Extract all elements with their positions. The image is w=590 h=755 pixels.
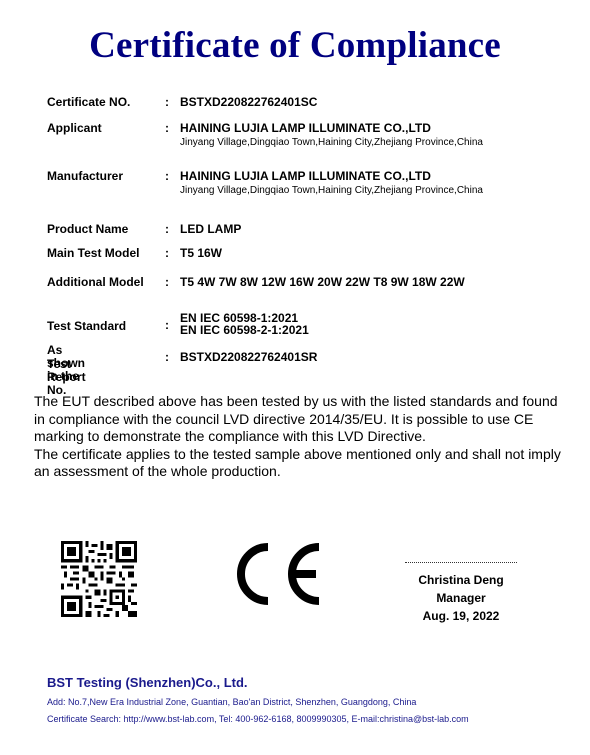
manufacturer-value: HAINING LUJIA LAMP ILLUMINATE CO.,LTD bbox=[180, 169, 431, 183]
signatory-name: Christina Deng bbox=[402, 571, 520, 589]
issuer-contact[interactable]: Certificate Search: http://www.bst-lab.c… bbox=[47, 714, 469, 724]
additional-model-label: Additional Model bbox=[47, 275, 167, 289]
separator: : bbox=[165, 275, 169, 289]
test-report-label-line2: Test Report No. bbox=[47, 358, 86, 397]
signature-date: Aug. 19, 2022 bbox=[402, 607, 520, 625]
issuer-address: Add: No.7,New Era Industrial Zone, Guant… bbox=[47, 697, 416, 707]
certificate-no-label: Certificate NO. bbox=[47, 95, 167, 109]
signature-block: Christina Deng Manager Aug. 19, 2022 bbox=[402, 562, 520, 625]
manufacturer-address: Jinyang Village,Dingqiao Town,Haining Ci… bbox=[180, 185, 483, 196]
certificate-title: Certificate of Compliance bbox=[0, 24, 590, 67]
test-report-value: BSTXD220822762401SR bbox=[180, 350, 317, 364]
issuer-company: BST Testing (Shenzhen)Co., Ltd. bbox=[47, 675, 248, 690]
additional-model-value: T5 4W 7W 8W 12W 16W 20W 22W T8 9W 18W 22… bbox=[180, 275, 465, 289]
certificate-no-value: BSTXD220822762401SC bbox=[180, 95, 317, 109]
qr-code-icon[interactable] bbox=[61, 541, 137, 617]
main-test-model-value: T5 16W bbox=[180, 246, 222, 260]
signatory-role: Manager bbox=[402, 589, 520, 607]
statement-paragraph-2: The certificate applies to the tested sa… bbox=[34, 446, 564, 481]
separator: : bbox=[165, 350, 169, 364]
separator: : bbox=[165, 318, 169, 332]
test-standard-label: Test Standard bbox=[47, 319, 167, 333]
ce-mark-icon bbox=[231, 543, 323, 605]
separator: : bbox=[165, 95, 169, 109]
statement-paragraph-1: The EUT described above has been tested … bbox=[34, 393, 564, 446]
signature-line bbox=[405, 562, 517, 563]
applicant-label: Applicant bbox=[47, 121, 167, 135]
separator: : bbox=[165, 169, 169, 183]
applicant-address: Jinyang Village,Dingqiao Town,Haining Ci… bbox=[180, 137, 483, 148]
main-test-model-label: Main Test Model bbox=[47, 246, 167, 260]
separator: : bbox=[165, 246, 169, 260]
manufacturer-label: Manufacturer bbox=[47, 169, 167, 183]
applicant-value: HAINING LUJIA LAMP ILLUMINATE CO.,LTD bbox=[180, 121, 431, 135]
product-name-value: LED LAMP bbox=[180, 222, 241, 236]
separator: : bbox=[165, 222, 169, 236]
separator: : bbox=[165, 121, 169, 135]
test-standard-value-2: EN IEC 60598-2-1:2021 bbox=[180, 324, 309, 336]
product-name-label: Product Name bbox=[47, 222, 167, 236]
compliance-statement: The EUT described above has been tested … bbox=[34, 393, 564, 481]
